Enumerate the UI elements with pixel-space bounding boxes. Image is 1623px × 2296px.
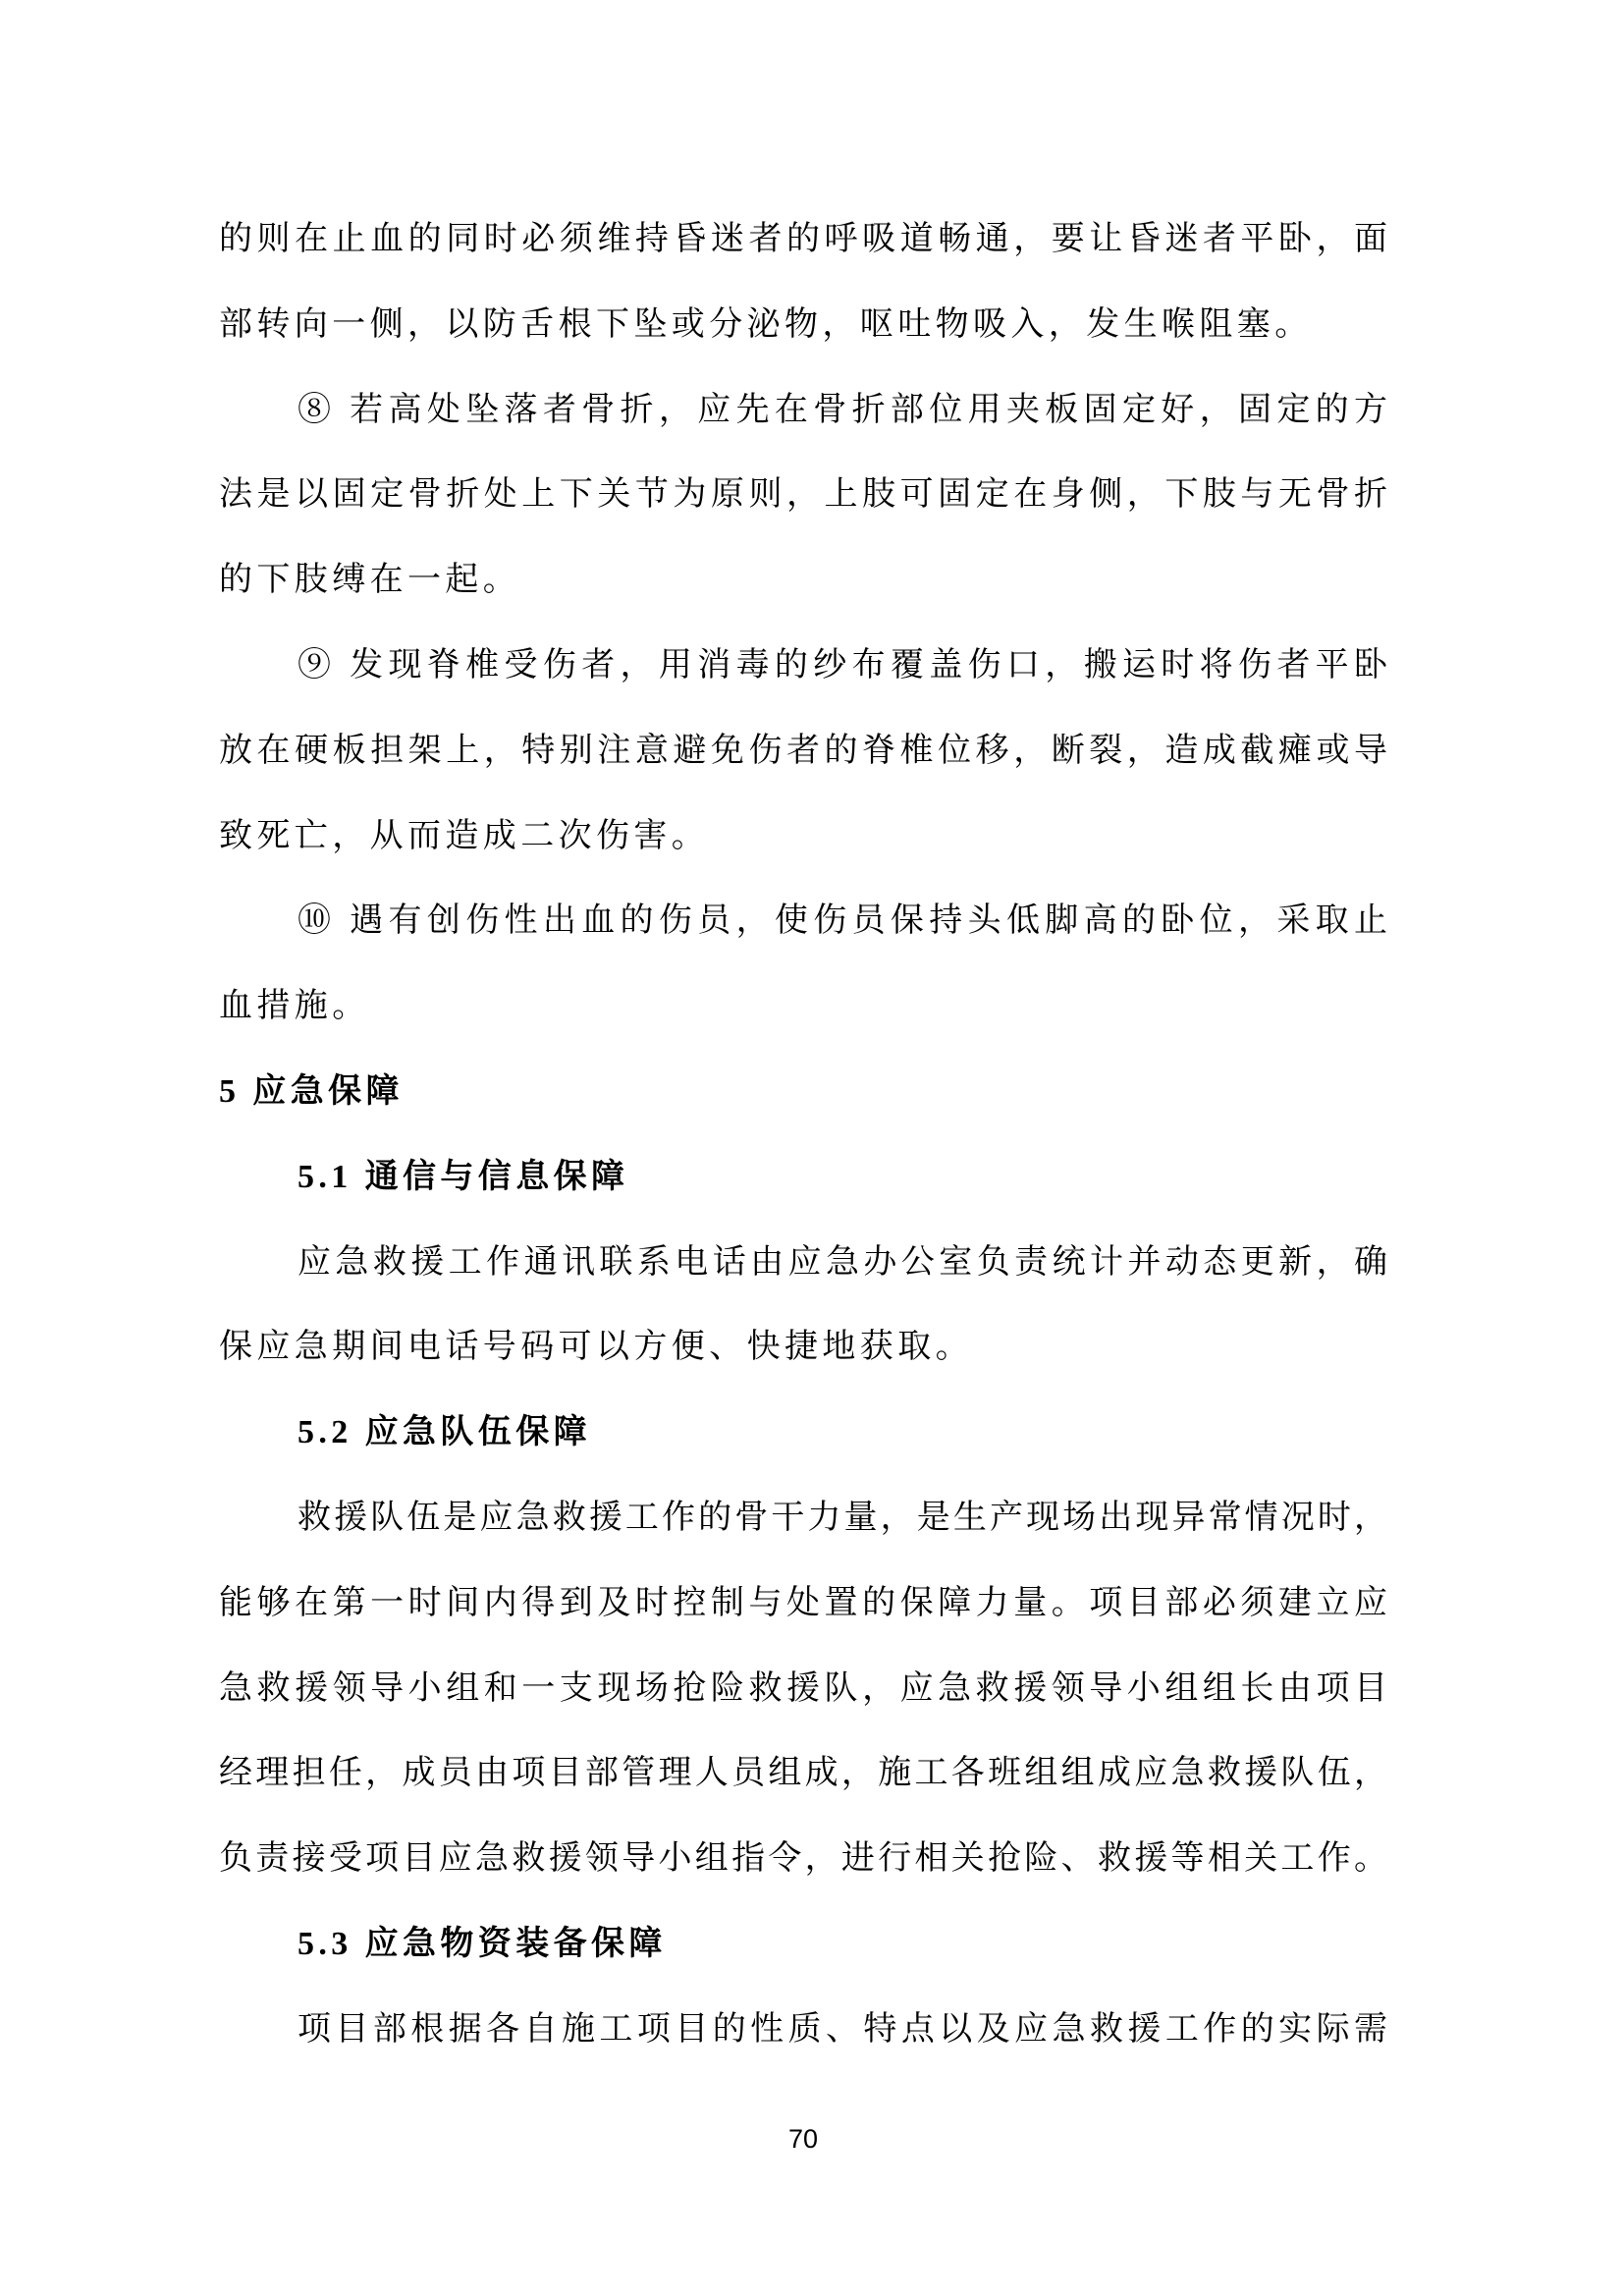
- text-line: 保应急期间电话号码可以方便、快捷地获取。: [219, 1305, 1387, 1391]
- heading-5-3: 5.3 应急物资装备保障: [219, 1902, 1387, 1988]
- page-number: 70: [219, 2119, 1387, 2159]
- text-line: 的则在止血的同时必须维持昏迷者的呼吸道畅通，要让昏迷者平卧，面: [219, 197, 1387, 283]
- list-item-8: ⑧ 若高处坠落者骨折，应先在骨折部位用夹板固定好，固定的方: [219, 368, 1387, 454]
- text-line: 能够在第一时间内得到及时控制与处置的保障力量。项目部必须建立应: [219, 1561, 1387, 1647]
- text-line: 救援队伍是应急救援工作的骨干力量，是生产现场出现异常情况时，: [219, 1476, 1387, 1561]
- text-line: 法是以固定骨折处上下关节为原则，上肢可固定在身侧，下肢与无骨折: [219, 453, 1387, 538]
- heading-5-1: 5.1 通信与信息保障: [219, 1135, 1387, 1221]
- text-line: 的下肢缚在一起。: [219, 538, 1387, 624]
- text-line: 项目部根据各自施工项目的性质、特点以及应急救援工作的实际需: [219, 1988, 1387, 2073]
- heading-5-2: 5.2 应急队伍保障: [219, 1391, 1387, 1476]
- text-block: 的则在止血的同时必须维持昏迷者的呼吸道畅通，要让昏迷者平卧，面 部转向一侧，以防…: [219, 197, 1387, 2073]
- text-line: 致死亡，从而造成二次伤害。: [219, 794, 1387, 880]
- text-line: 经理担任，成员由项目部管理人员组成，施工各班组组成应急救援队伍，: [219, 1731, 1387, 1817]
- text-line: 放在硬板担架上，特别注意避免伤者的脊椎位移，断裂，造成截瘫或导: [219, 709, 1387, 794]
- document-page: 的则在止血的同时必须维持昏迷者的呼吸道畅通，要让昏迷者平卧，面 部转向一侧，以防…: [0, 0, 1623, 2296]
- heading-5: 5 应急保障: [219, 1050, 1387, 1135]
- list-item-10: ⑩ 遇有创伤性出血的伤员，使伤员保持头低脚高的卧位，采取止: [219, 879, 1387, 964]
- text-line: 应急救援工作通讯联系电话由应急办公室负责统计并动态更新，确: [219, 1221, 1387, 1306]
- list-item-9: ⑨ 发现脊椎受伤者，用消毒的纱布覆盖伤口，搬运时将伤者平卧: [219, 624, 1387, 709]
- text-line: 部转向一侧，以防舌根下坠或分泌物，呕吐物吸入，发生喉阻塞。: [219, 283, 1387, 368]
- text-line: 急救援领导小组和一支现场抢险救援队，应急救援领导小组组长由项目: [219, 1647, 1387, 1732]
- text-line: 血措施。: [219, 964, 1387, 1050]
- text-line: 负责接受项目应急救援领导小组指令，进行相关抢险、救援等相关工作。: [219, 1817, 1387, 1902]
